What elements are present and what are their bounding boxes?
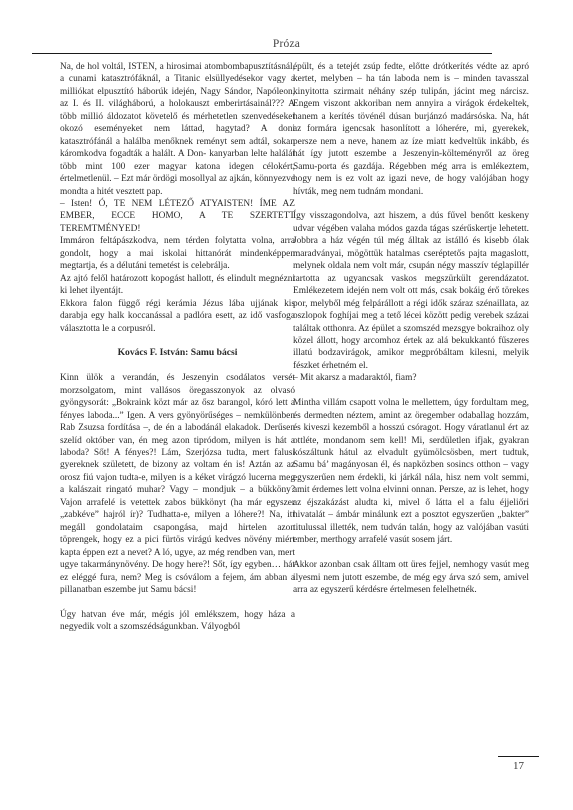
paragraph: Mintha villám csapott volna le mellettem…	[293, 397, 529, 546]
spacer	[60, 596, 295, 608]
paragraph: – Isten! Ó, TE NEM LÉTEZŐ ATYAISTEN! ÍME…	[60, 198, 295, 235]
paragraph: épült, és a tetejét zsúp fedte, előtte d…	[293, 61, 529, 198]
paragraph: Ekkora falon függő régi kerámia Jézus lá…	[60, 298, 295, 335]
spacer	[293, 198, 529, 210]
left-column: Na, de hol voltál, ISTEN, a hirosimai at…	[60, 61, 295, 634]
paragraph: Az ajtó felől határozott kopogást hallot…	[60, 273, 295, 298]
paragraph: Akkor azonban csak álltam ott üres fejje…	[293, 559, 529, 596]
paragraph: Így visszagondolva, azt hiszem, a dús fű…	[293, 210, 529, 372]
story-title: Kovács F. István: Samu bácsi	[60, 347, 295, 359]
spacer	[60, 360, 295, 372]
footer-rule	[498, 756, 539, 757]
running-header: Próza	[0, 38, 573, 50]
paragraph: Kinn ülök a verandán, és Jeszenyin csodá…	[60, 372, 295, 596]
header-rule	[32, 53, 492, 54]
paragraph: Immáron feltápászkodva, nem térden folyt…	[60, 235, 295, 272]
page-number: 17	[498, 760, 539, 772]
paragraph: – Mit akarsz a madaraktól, fiam?	[293, 372, 529, 384]
spacer	[60, 335, 295, 347]
spacer	[293, 385, 529, 397]
paragraph: Úgy hatvan éve már, mégis jól emlékszem,…	[60, 609, 295, 634]
right-column: épült, és a tetejét zsúp fedte, előtte d…	[293, 61, 529, 596]
paragraph: Na, de hol voltál, ISTEN, a hirosimai at…	[60, 61, 295, 198]
spacer	[293, 547, 529, 559]
